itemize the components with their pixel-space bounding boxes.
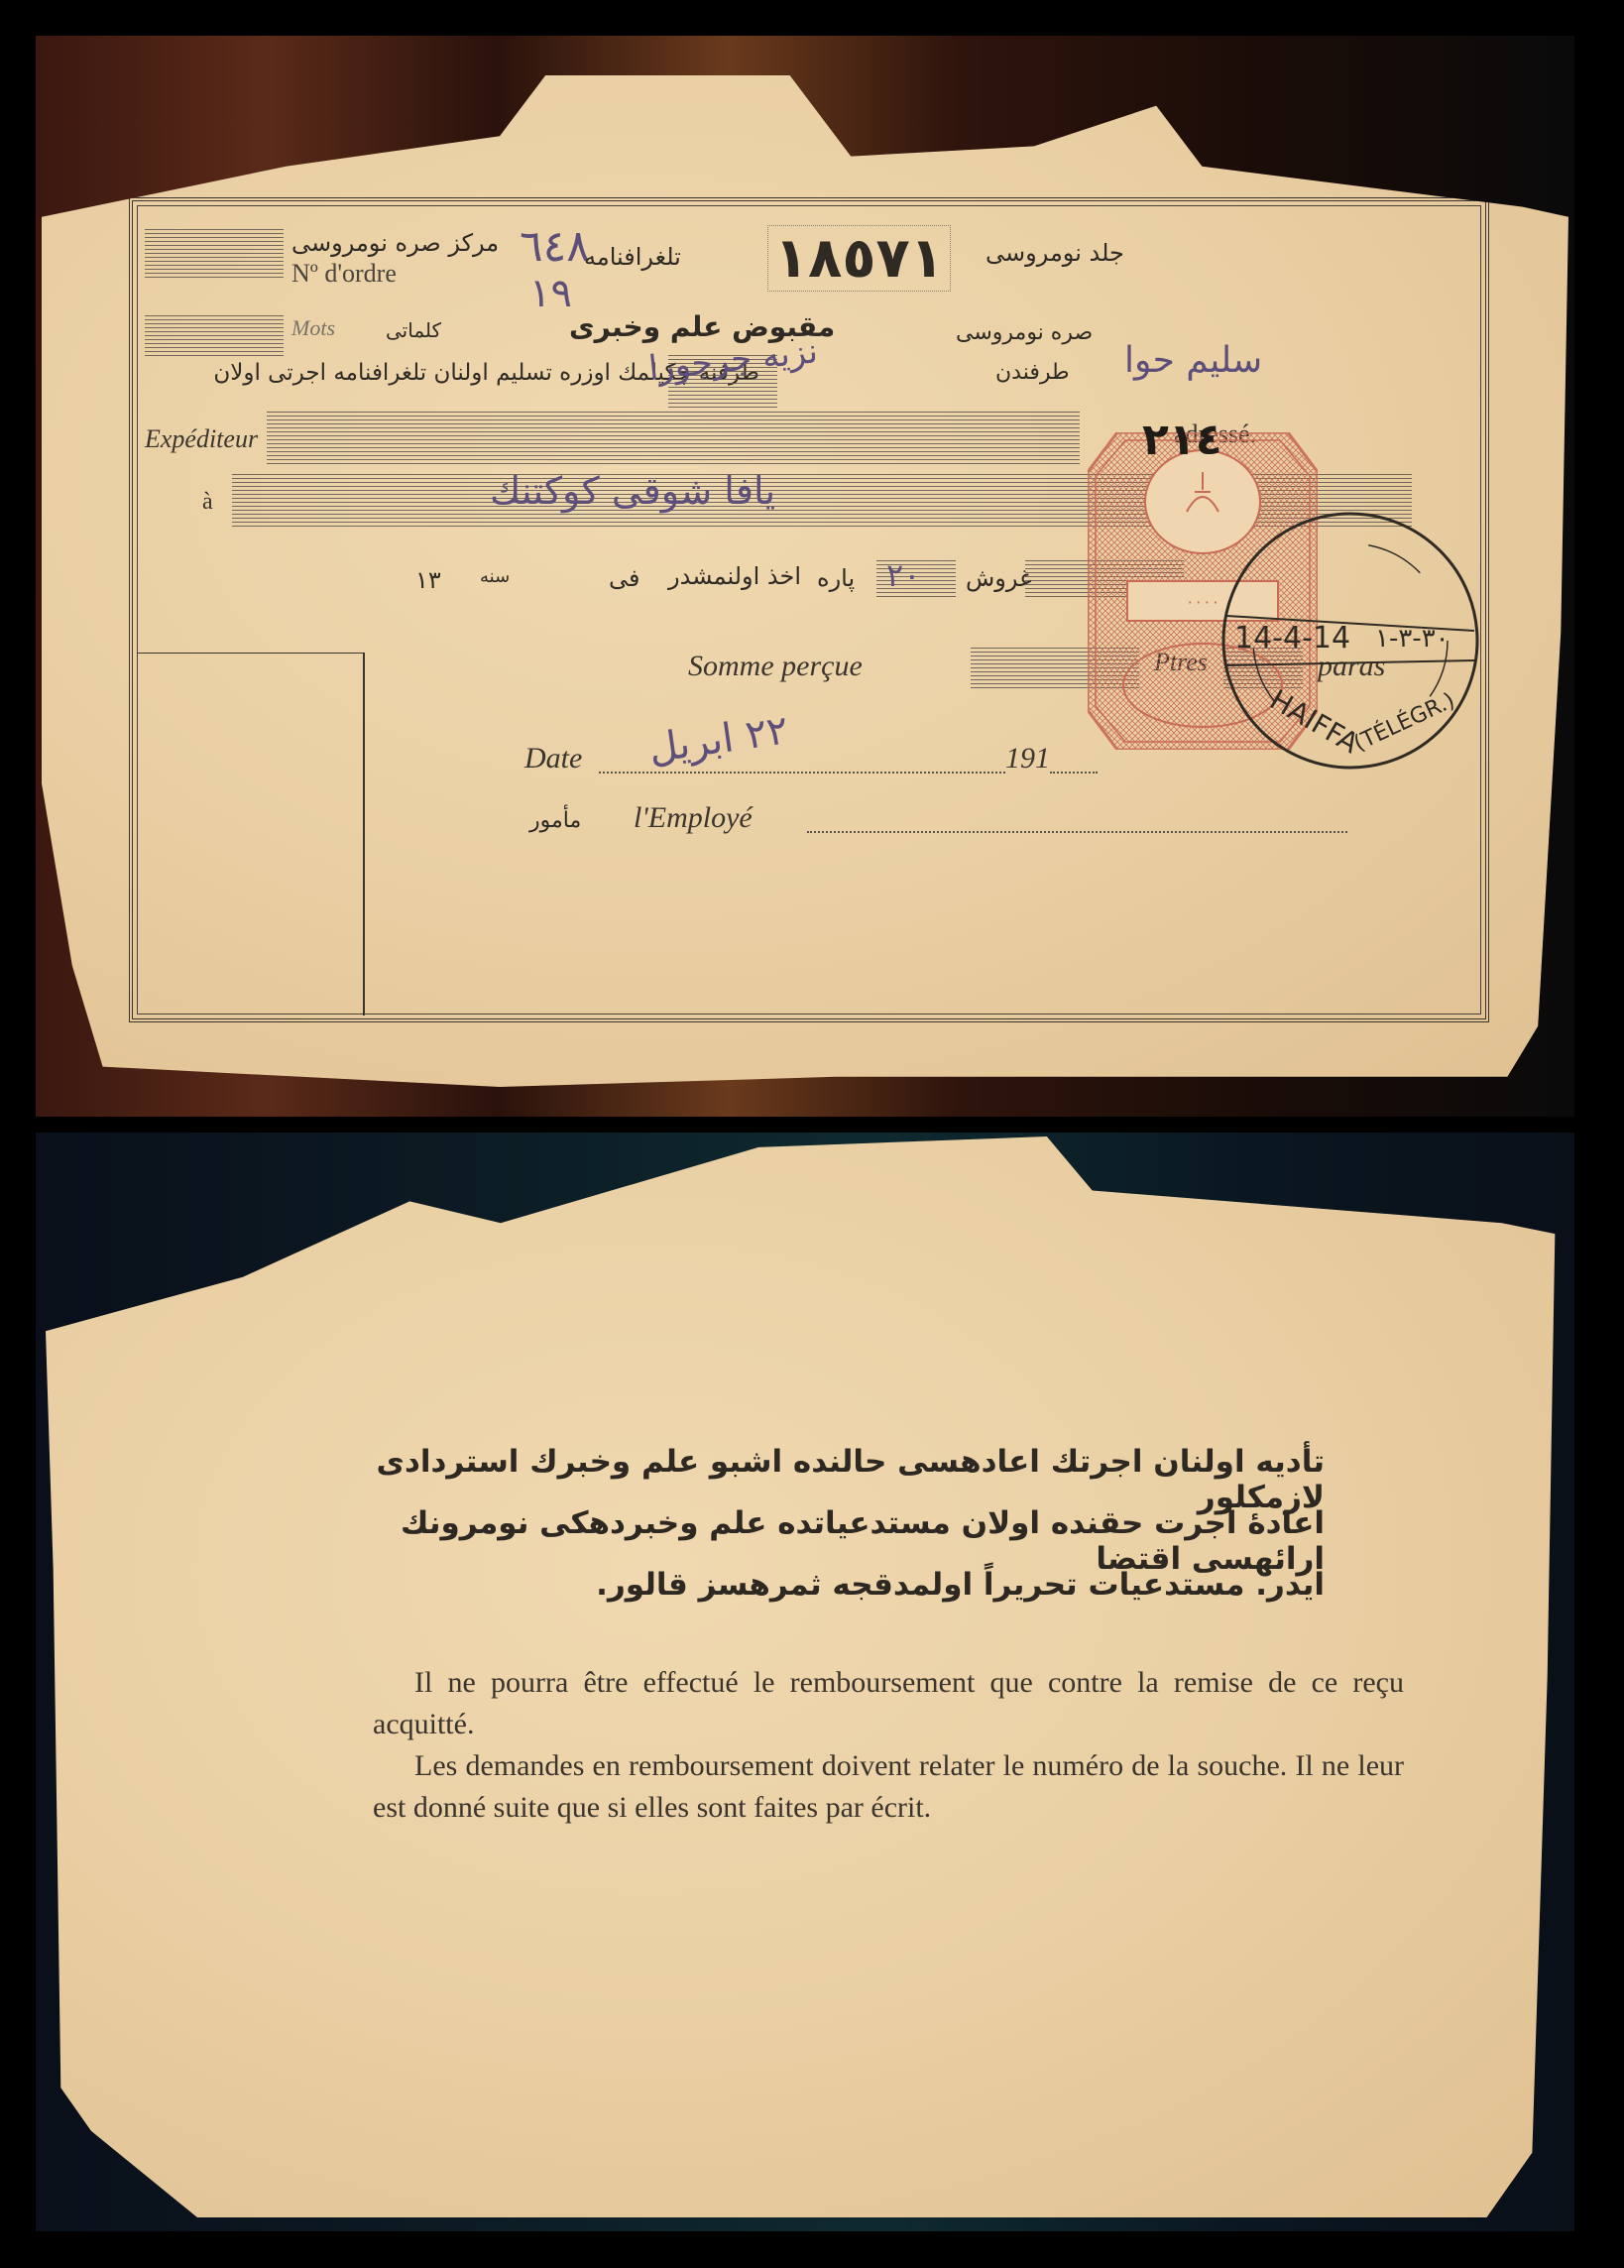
date-line: [599, 772, 1005, 774]
center-number-field: [145, 229, 284, 279]
employee-signature-line: [807, 831, 1347, 833]
serial-number-value: ٢١٤: [1142, 415, 1222, 465]
fi-label-ar: فی: [609, 564, 639, 592]
taken-label-ar: اخذ اولنمشدر: [668, 562, 801, 590]
words-label-ar: كلماتی: [386, 318, 441, 342]
date-year-prefix: 191: [1005, 742, 1050, 776]
back-french-paragraph-1: Il ne pourra être effectué le remboursem…: [373, 1662, 1404, 1745]
employee-label-fr: l'Employé: [634, 801, 753, 835]
year-label-ar: سنه: [480, 566, 510, 587]
handwritten-order-number: ٦٤٨: [520, 221, 590, 272]
receipt-front: مركز صره نومروسی Nº d'ordre ٦٤٨ ١٩ تلغرا…: [42, 75, 1568, 1087]
employee-label-ar: مأمور: [529, 808, 581, 833]
para-label-ar: پاره: [817, 564, 855, 592]
order-label-fr: Nº d'ordre: [291, 259, 397, 289]
register-number-label-ar: جلد نومروسی: [986, 239, 1124, 267]
words-count-field: [145, 315, 284, 357]
piastres-label-ar: غروش: [966, 564, 1032, 592]
handwritten-sub-number: ١٩: [529, 271, 572, 316]
haifa-postmark: 14-4-14 ٣٠-٣-١ HAIFFA (TÉLÉGR.): [1217, 507, 1484, 775]
telegram-label-ar: تلغرافنامه: [584, 243, 681, 271]
year-prefix-ar: ١٣: [415, 566, 441, 594]
back-french-text: Il ne pourra être effectué le remboursem…: [373, 1662, 1404, 1829]
from-label-ar: طرفندن: [995, 360, 1070, 385]
date-label: Date: [524, 742, 582, 776]
center-number-label-ar: مركز صره نومروسی: [291, 229, 499, 257]
receipt-back: تأدیه اولنان اجرتك اعادهسی حالنده اشبو ع…: [46, 1136, 1563, 2217]
mots-label: Mots: [291, 315, 335, 341]
serial-number-label-ar: صره نومروسی: [956, 320, 1093, 345]
expediteur-label: Expéditeur: [145, 424, 258, 454]
handwritten-sender-name: سلیم حوا: [1124, 340, 1262, 381]
register-number-value: ١٨٥٧١: [767, 225, 951, 292]
to-label: à: [202, 489, 213, 516]
official-stamp-box: [137, 653, 365, 1015]
back-scan: تأدیه اولنان اجرتك اعادهسی حالنده اشبو ع…: [36, 1133, 1574, 2231]
handwritten-amount: ٢٠: [886, 556, 920, 594]
postmark-ar-date: ٣٠-٣-١: [1375, 624, 1450, 654]
somme-label: Somme perçue: [688, 650, 863, 683]
svg-text:٠٠٠٠: ٠٠٠٠: [1186, 592, 1219, 611]
handwritten-recipient: يافا شوقی كوكتنك: [490, 469, 775, 513]
back-arabic-line-3: ایدر. مستدعیات تحریراً اولمدقجه ثمرهسز ق…: [373, 1567, 1325, 1603]
date-year-line: [1050, 772, 1098, 774]
front-scan: مركز صره نومروسی Nº d'ordre ٦٤٨ ١٩ تلغرا…: [36, 36, 1574, 1117]
postmark-date: 14-4-14: [1234, 621, 1350, 656]
back-french-paragraph-2: Les demandes en remboursement doivent re…: [373, 1745, 1404, 1829]
expediteur-field: [267, 412, 1080, 467]
